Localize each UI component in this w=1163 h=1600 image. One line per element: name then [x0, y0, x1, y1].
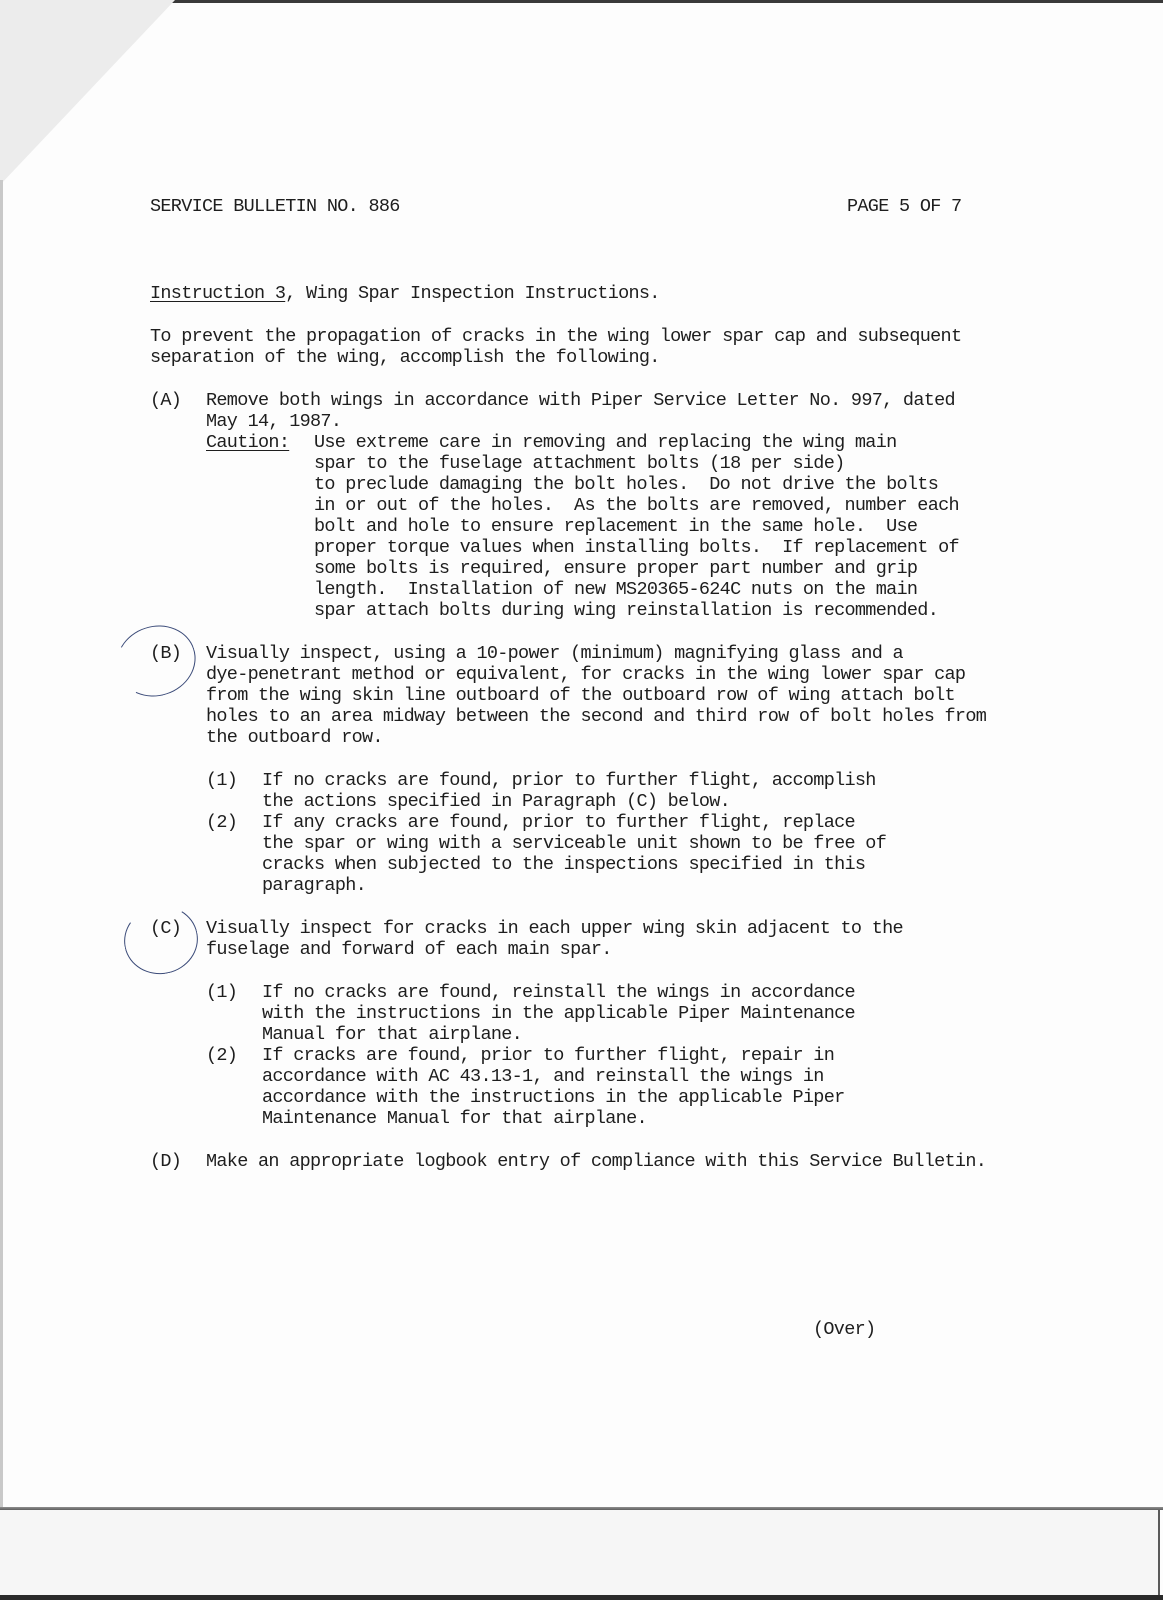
- caution-line: spar to the fuselage attachment bolts (1…: [314, 453, 845, 474]
- substep-line: If any cracks are found, prior to furthe…: [262, 812, 855, 833]
- step-label: (A): [150, 390, 181, 411]
- caution-line: Use extreme care in removing and replaci…: [314, 432, 897, 453]
- step-line: Make an appropriate logbook entry of com…: [206, 1151, 986, 1172]
- substep-line: paragraph.: [262, 875, 366, 896]
- substep-line: Manual for that airplane.: [262, 1024, 522, 1045]
- substep-line: with the instructions in the applicable …: [262, 1003, 855, 1024]
- step-line: Remove both wings in accordance with Pip…: [206, 390, 955, 411]
- caution-line: bolt and hole to ensure replacement in t…: [314, 516, 917, 537]
- caution-line: spar attach bolts during wing reinstalla…: [314, 600, 938, 621]
- instruction-title: Instruction 3, Wing Spar Inspection Inst…: [150, 283, 660, 304]
- handwritten-circle-c: [118, 899, 205, 981]
- caution-line: proper torque values when installing bol…: [314, 537, 959, 558]
- substep-line: If no cracks are found, reinstall the wi…: [262, 982, 855, 1003]
- substep-label: (1): [206, 770, 237, 791]
- step-line: the outboard row.: [206, 727, 383, 748]
- instruction-title-text: , Wing Spar Inspection Instructions.: [285, 283, 659, 304]
- page-number: PAGE 5 OF 7: [847, 196, 961, 217]
- step-label: (C): [150, 918, 181, 939]
- scan-left-edge: [0, 180, 3, 1510]
- substep-line: cracks when subjected to the inspections…: [262, 854, 865, 875]
- caution-line: some bolts is required, ensure proper pa…: [314, 558, 917, 579]
- bulletin-number: SERVICE BULLETIN NO. 886: [150, 196, 400, 217]
- substep-line: Maintenance Manual for that airplane.: [262, 1108, 647, 1129]
- substep-label: (1): [206, 982, 237, 1003]
- substep-label: (2): [206, 812, 237, 833]
- substep-label: (2): [206, 1045, 237, 1066]
- caution-line: to preclude damaging the bolt holes. Do …: [314, 474, 938, 495]
- folded-corner: [0, 0, 175, 185]
- substep-line: accordance with the instructions in the …: [262, 1087, 845, 1108]
- caution-label: Caution:: [206, 432, 289, 453]
- step-line: May 14, 1987.: [206, 411, 341, 432]
- substep-line: the spar or wing with a serviceable unit…: [262, 833, 886, 854]
- instruction-title-number: Instruction 3: [150, 283, 285, 304]
- substep-line: If no cracks are found, prior to further…: [262, 770, 876, 791]
- caution-line: in or out of the holes. As the bolts are…: [314, 495, 959, 516]
- intro-line: To prevent the propagation of cracks in …: [150, 326, 961, 347]
- step-line: from the wing skin line outboard of the …: [206, 685, 955, 706]
- intro-line: separation of the wing, accomplish the f…: [150, 347, 660, 368]
- substep-line: the actions specified in Paragraph (C) b…: [262, 791, 730, 812]
- step-line: Visually inspect, using a 10-power (mini…: [206, 643, 903, 664]
- substep-line: If cracks are found, prior to further fl…: [262, 1045, 834, 1066]
- over-note: (Over): [813, 1319, 875, 1340]
- step-line: holes to an area midway between the seco…: [206, 706, 986, 727]
- caution-line: length. Installation of new MS20365-624C…: [314, 579, 917, 600]
- scan-bottom-edge: [0, 1595, 1163, 1600]
- step-line: fuselage and forward of each main spar.: [206, 939, 612, 960]
- step-line: dye-penetrant method or equivalent, for …: [206, 664, 965, 685]
- underlying-sheet: [0, 1510, 1160, 1598]
- step-label: (B): [150, 643, 181, 664]
- step-line: Visually inspect for cracks in each uppe…: [206, 918, 903, 939]
- step-label: (D): [150, 1151, 181, 1172]
- substep-line: accordance with AC 43.13-1, and reinstal…: [262, 1066, 824, 1087]
